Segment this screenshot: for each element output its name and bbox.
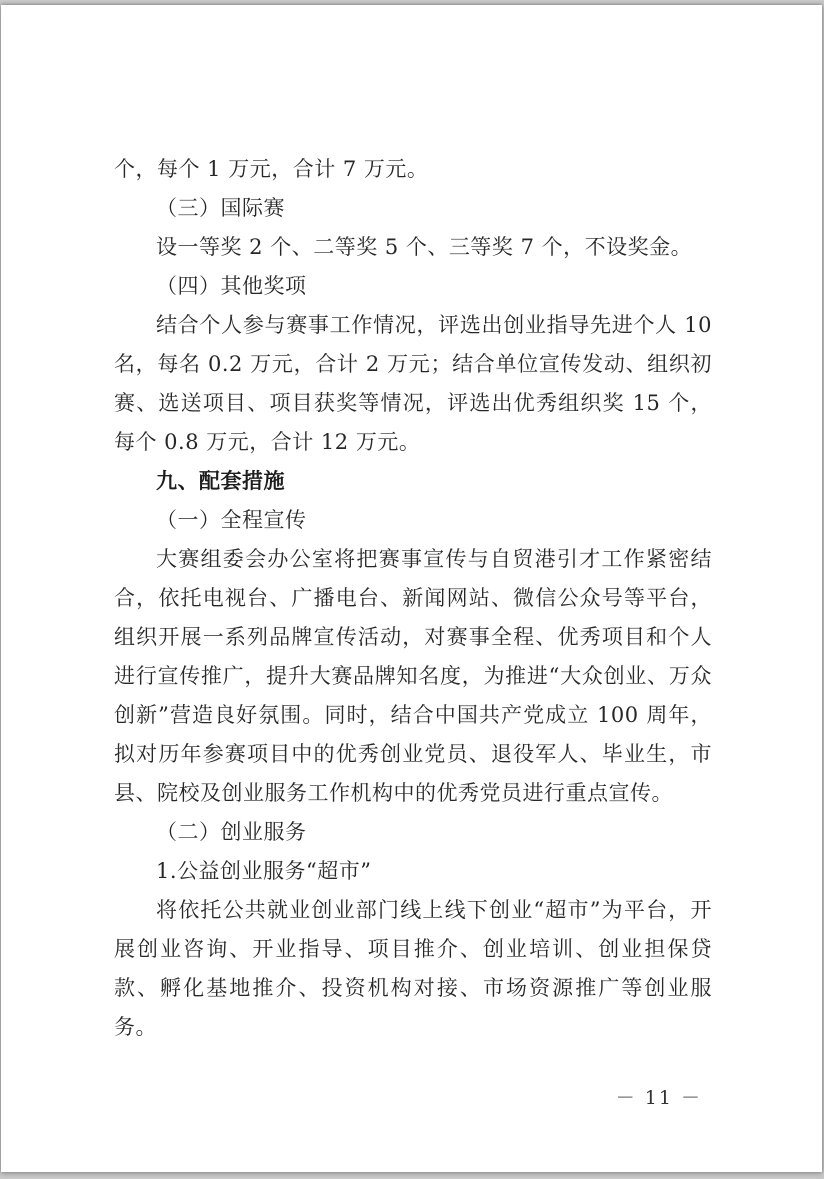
document-body: 个，每个 1 万元，合计 7 万元。 （三）国际赛 设一等奖 2 个、二等奖 5… — [114, 150, 712, 1118]
paragraph: 结合个人参与赛事工作情况，评选出创业指导先进个人 10 名，每名 0.2 万元，… — [114, 306, 712, 462]
paragraph: 设一等奖 2 个、二等奖 5 个、三等奖 7 个，不设奖金。 — [114, 228, 712, 267]
paragraph-continuation: 个，每个 1 万元，合计 7 万元。 — [114, 150, 712, 189]
document-page: 个，每个 1 万元，合计 7 万元。 （三）国际赛 设一等奖 2 个、二等奖 5… — [1, 5, 822, 1172]
section-subheading-1: （一）全程宣传 — [114, 501, 712, 540]
section-subheading-2: （二）创业服务 — [114, 813, 712, 852]
numbered-item-heading: 1.公益创业服务“超市” — [114, 852, 712, 891]
page-number: － 11 － — [114, 1079, 712, 1118]
paragraph: 大赛组委会办公室将把赛事宣传与自贸港引才工作紧密结合，依托电视台、广播电台、新闻… — [114, 540, 712, 813]
paragraph: 将依托公共就业创业部门线上线下创业“超市”为平台，开展创业咨询、开业指导、项目推… — [114, 891, 712, 1047]
section-heading-9: 九、配套措施 — [114, 462, 712, 501]
section-subheading-4: （四）其他奖项 — [114, 267, 712, 306]
section-subheading-3: （三）国际赛 — [114, 189, 712, 228]
